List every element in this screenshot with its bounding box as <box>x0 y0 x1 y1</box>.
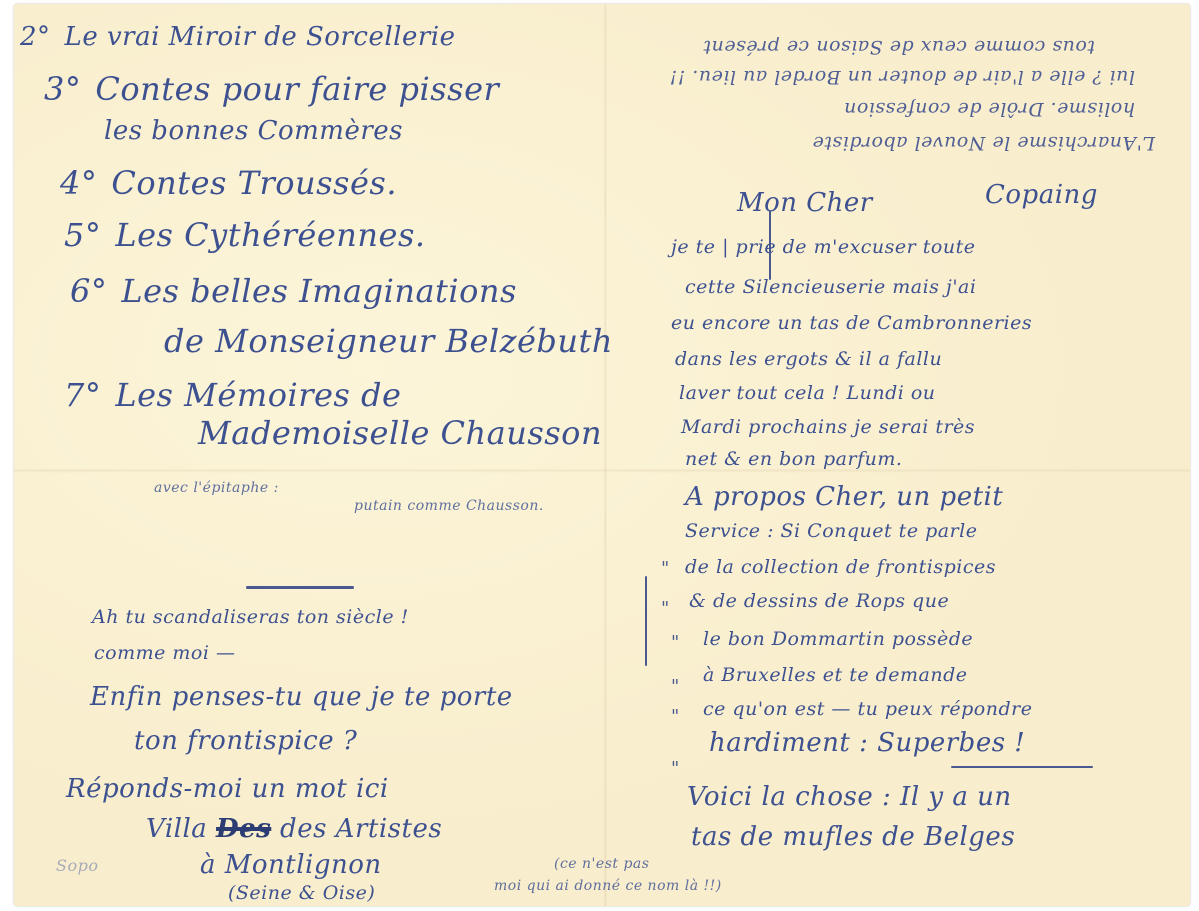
body-line-6: Mardi prochains je serai très <box>681 416 975 438</box>
list-item-6-continued: de Monseigneur Belzébuth <box>164 322 613 360</box>
body-line-14: ce qu'on est — tu peux répondre <box>703 698 1032 720</box>
body-line-4: dans les ergots & il a fallu <box>675 348 942 370</box>
list-title: Le vrai Miroir de Sorcellerie <box>65 22 456 52</box>
quote-mark: " <box>661 558 669 579</box>
list-item-7: 7°Les Mémoires de <box>64 376 401 414</box>
epigraph-text: putain comme Chausson. <box>354 498 544 514</box>
superbes-underline <box>951 766 1093 768</box>
left-page: 2°Le vrai Miroir de Sorcellerie 3°Contes… <box>14 4 605 906</box>
quote-mark: " <box>671 758 679 779</box>
paragraph-enfin-line1: Enfin penses-tu que je te porte <box>90 682 513 712</box>
list-number: 2° <box>20 22 51 52</box>
body-line-17: tas de mufles de Belges <box>691 822 1015 852</box>
upside-line: lui ? elle a l'air de douter un Bordel a… <box>669 66 1135 88</box>
list-item-4: 4°Contes Troussés. <box>60 164 397 202</box>
list-number: 6° <box>70 272 107 310</box>
list-number: 3° <box>44 70 81 108</box>
body-line-5: laver tout cela ! Lundi ou <box>679 382 936 404</box>
paragraph-enfin-line2: ton frontispice ? <box>134 726 357 756</box>
body-line-15: hardiment : Superbes ! <box>709 728 1025 758</box>
right-page: tous comme ceux de Saison ce présent lui… <box>605 4 1190 906</box>
body-line-16: Voici la chose : Il y a un <box>687 782 1012 812</box>
address-line2: à Montlignon <box>200 850 382 880</box>
body-line-8: A propos Cher, un petit <box>685 482 1003 512</box>
body-line-9: Service : Si Conquet te parle <box>685 520 978 542</box>
body-line-1: je te | prie de m'excuser toute <box>671 236 975 258</box>
body-line-15-text: hardiment : Superbes ! <box>709 728 1025 758</box>
list-title: Contes pour faire pisser <box>95 70 499 108</box>
letter-sheet: 2°Le vrai Miroir de Sorcellerie 3°Contes… <box>14 4 1190 906</box>
list-number: 5° <box>64 216 101 254</box>
list-item-3-continued: les bonnes Commères <box>104 116 403 146</box>
list-item-5: 5°Les Cythéréennes. <box>64 216 426 254</box>
list-number: 4° <box>60 164 97 202</box>
address-struck-word: Des <box>216 814 271 844</box>
margin-bracket <box>645 576 647 666</box>
list-item-6: 6°Les belles Imaginations <box>70 272 517 310</box>
epigraph-label: avec l'épitaphe : <box>154 480 279 496</box>
upside-down-postscript: tous comme ceux de Saison ce présent lui… <box>615 10 1175 170</box>
quote-mark: " <box>671 706 679 727</box>
list-title: Les Mémoires de <box>115 376 401 414</box>
address-line3: (Seine & Oise) <box>228 882 375 904</box>
body-line-12: le bon Dommartin possède <box>703 628 973 650</box>
address-villa-name: des Artistes <box>280 814 442 844</box>
quote-mark: " <box>671 676 679 697</box>
quote-mark: " <box>661 598 669 619</box>
body-line-3: eu encore un tas de Cambronneries <box>671 312 1032 334</box>
list-number: 7° <box>64 376 101 414</box>
paragraph-ah-line2: comme moi — <box>94 642 235 664</box>
body-line-11: & de dessins de Rops que <box>689 590 949 612</box>
list-title: Les belles Imaginations <box>121 272 517 310</box>
salutation-mon-cher: Mon Cher <box>737 188 873 218</box>
body-line-13: à Bruxelles et te demande <box>703 664 968 686</box>
salutation-copaing: Copaing <box>985 180 1098 210</box>
margin-faint-annotation: Sopo <box>56 856 98 875</box>
section-divider <box>246 586 354 589</box>
address-villa: Villa <box>146 814 207 844</box>
list-title: Contes Troussés. <box>111 164 397 202</box>
list-item-2: 2°Le vrai Miroir de Sorcellerie <box>20 22 455 52</box>
address-line1: Villa Des des Artistes <box>146 814 442 844</box>
list-item-3: 3°Contes pour faire pisser <box>44 70 499 108</box>
reply-request: Réponds-moi un mot ici <box>66 774 389 804</box>
upside-line: tous comme ceux de Saison ce présent <box>703 36 1095 58</box>
upside-line: L'Anarchisme le Nouvel abordiste <box>812 132 1155 154</box>
body-line-7: net & en bon parfum. <box>685 448 902 470</box>
paragraph-ah-line1: Ah tu scandaliseras ton siècle ! <box>92 606 409 628</box>
quote-mark: " <box>671 632 679 653</box>
list-title: Les Cythéréennes. <box>115 216 425 254</box>
body-line-10: de la collection de frontispices <box>685 556 996 578</box>
list-item-7-continued: Mademoiselle Chausson <box>198 414 602 452</box>
upside-line: holisme. Drôle de confession <box>844 98 1135 120</box>
body-line-2: cette Silencieuserie mais j'ai <box>685 276 976 298</box>
